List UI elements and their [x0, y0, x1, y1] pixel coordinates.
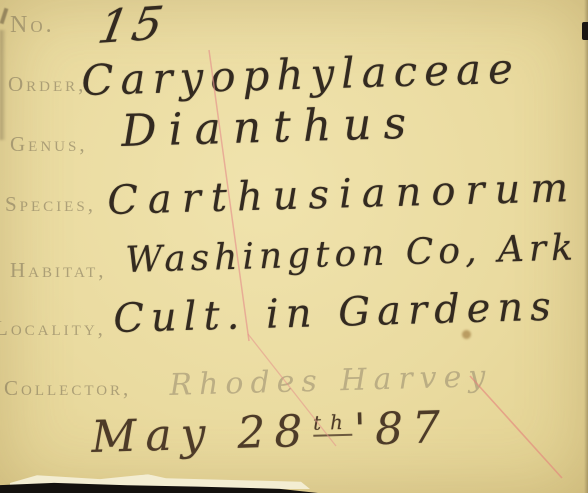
paper-stain — [462, 330, 471, 339]
herbarium-label-photo: No. Order, Genus, Species, Habitat, Loca… — [0, 0, 588, 493]
field-value-date: May 28th'87 — [91, 402, 450, 463]
field-value-genus: Dianthus — [121, 98, 419, 157]
field-value-species: Carthusianorum — [107, 165, 579, 224]
field-label-order: Order, — [8, 72, 86, 97]
field-label-collector: Collector, — [4, 376, 131, 401]
date-year: '87 — [353, 402, 449, 456]
date-main: May 28 — [91, 406, 312, 463]
field-value-locality: Cult. in Gardens — [113, 284, 559, 342]
field-label-species: Species, — [5, 192, 96, 217]
field-value-order: Caryophylaceae — [81, 44, 521, 105]
field-value-no: 15 — [94, 0, 171, 54]
right-edge-shadow — [584, 0, 588, 493]
field-label-no: No. — [10, 12, 55, 39]
field-label-locality: Locality, — [0, 316, 106, 341]
right-edge-notch — [582, 22, 588, 40]
field-value-collector: Rhodes Harvey — [169, 359, 493, 403]
date-ordinal: th — [313, 411, 352, 437]
field-value-habitat: Washington Co, Ark — [125, 227, 579, 281]
field-label-genus: Genus, — [10, 132, 88, 157]
left-edge-mark — [0, 8, 8, 24]
field-label-habitat: Habitat, — [10, 258, 107, 283]
left-edge-shadow — [0, 30, 6, 140]
